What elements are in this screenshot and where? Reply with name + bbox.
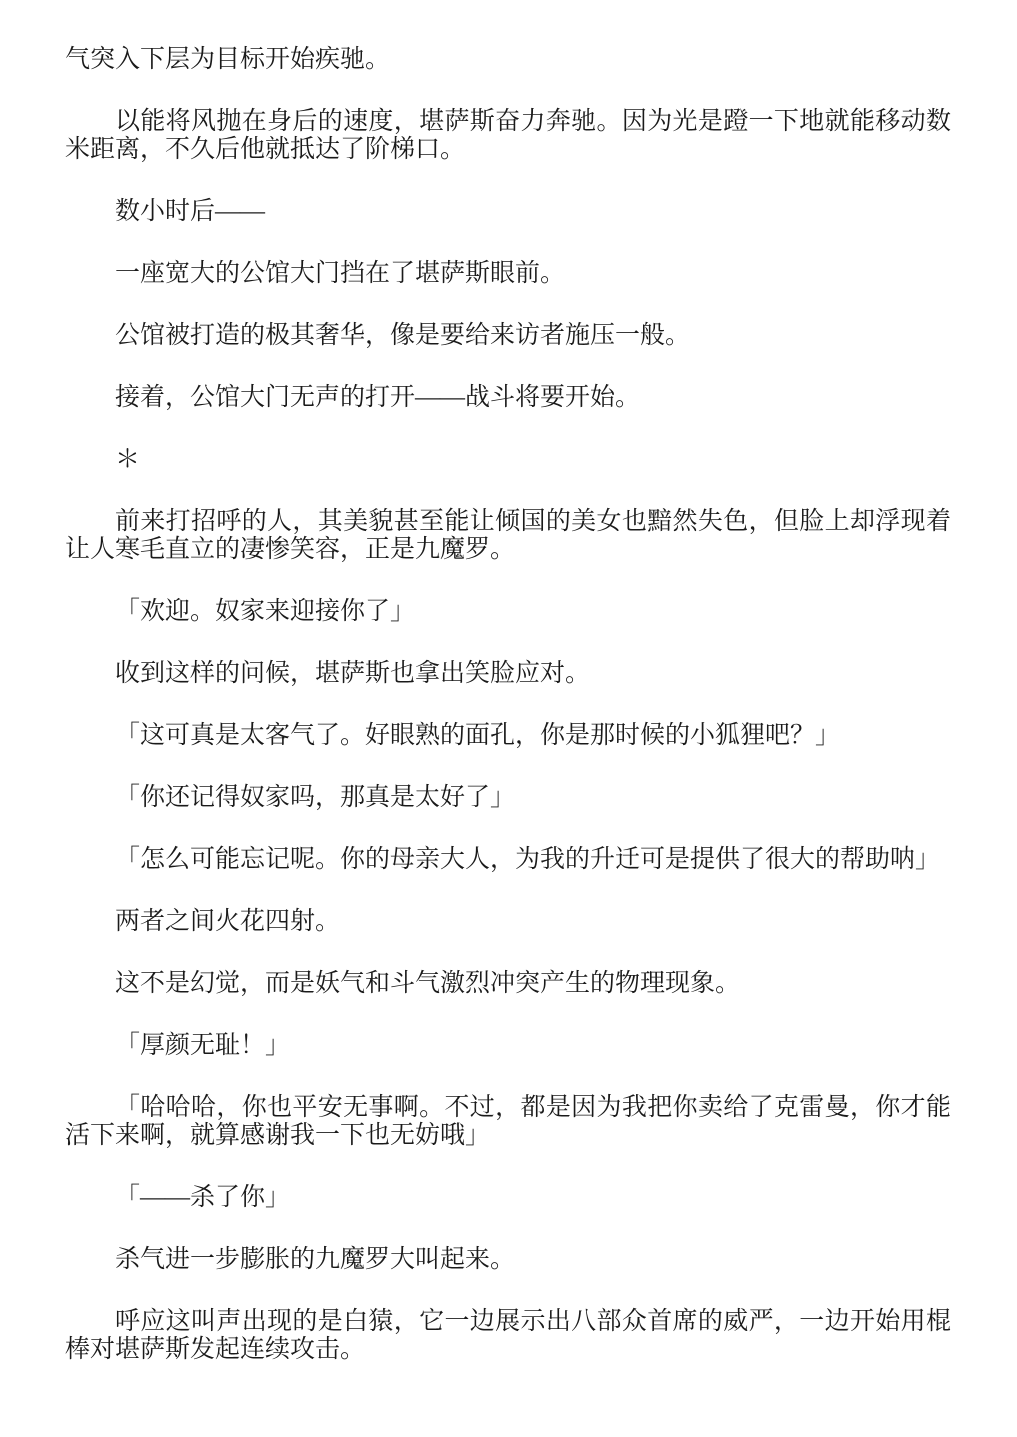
paragraph: 呼应这叫声出现的是白猿，它一边展示出八部众首席的威严，一边开始用棍棒对堪萨斯发起… bbox=[65, 1308, 951, 1364]
paragraph: 公馆被打造的极其奢华，像是要给来访者施压一般。 bbox=[65, 322, 951, 350]
paragraph-dialogue: 「怎么可能忘记呢。你的母亲大人，为我的升迁可是提供了很大的帮助呐」 bbox=[65, 846, 951, 874]
paragraph-dialogue: 「——杀了你」 bbox=[65, 1184, 951, 1212]
paragraph: 接着，公馆大门无声的打开——战斗将要开始。 bbox=[65, 384, 951, 412]
paragraph: 杀气进一步膨胀的九魔罗大叫起来。 bbox=[65, 1246, 951, 1274]
paragraph: 这不是幻觉，而是妖气和斗气激烈冲突产生的物理现象。 bbox=[65, 970, 951, 998]
paragraph: 两者之间火花四射。 bbox=[65, 908, 951, 936]
paragraph-continuation: 气突入下层为目标开始疾驰。 bbox=[65, 46, 951, 74]
paragraph-dialogue: 「这可真是太客气了。好眼熟的面孔，你是那时候的小狐狸吧？」 bbox=[65, 722, 951, 750]
paragraph-dialogue: 「欢迎。奴家来迎接你了」 bbox=[65, 598, 951, 626]
paragraph-dialogue: 「你还记得奴家吗，那真是太好了」 bbox=[65, 784, 951, 812]
novel-text-page: 气突入下层为目标开始疾驰。 以能将风抛在身后的速度，堪萨斯奋力奔驰。因为光是蹬一… bbox=[0, 0, 1017, 1437]
paragraph-dialogue: 「哈哈哈，你也平安无事啊。不过，都是因为我把你卖给了克雷曼，你才能活下来啊，就算… bbox=[65, 1094, 951, 1150]
paragraph: 数小时后—— bbox=[65, 198, 951, 226]
paragraph-dialogue: 「厚颜无耻！」 bbox=[65, 1032, 951, 1060]
paragraph: 以能将风抛在身后的速度，堪萨斯奋力奔驰。因为光是蹬一下地就能移动数米距离，不久后… bbox=[65, 108, 951, 164]
paragraph: 一座宽大的公馆大门挡在了堪萨斯眼前。 bbox=[65, 260, 951, 288]
paragraph: 前来打招呼的人，其美貌甚至能让倾国的美女也黯然失色，但脸上却浮现着让人寒毛直立的… bbox=[65, 508, 951, 564]
paragraph: 收到这样的问候，堪萨斯也拿出笑脸应对。 bbox=[65, 660, 951, 688]
section-separator: ＊ bbox=[65, 446, 951, 474]
